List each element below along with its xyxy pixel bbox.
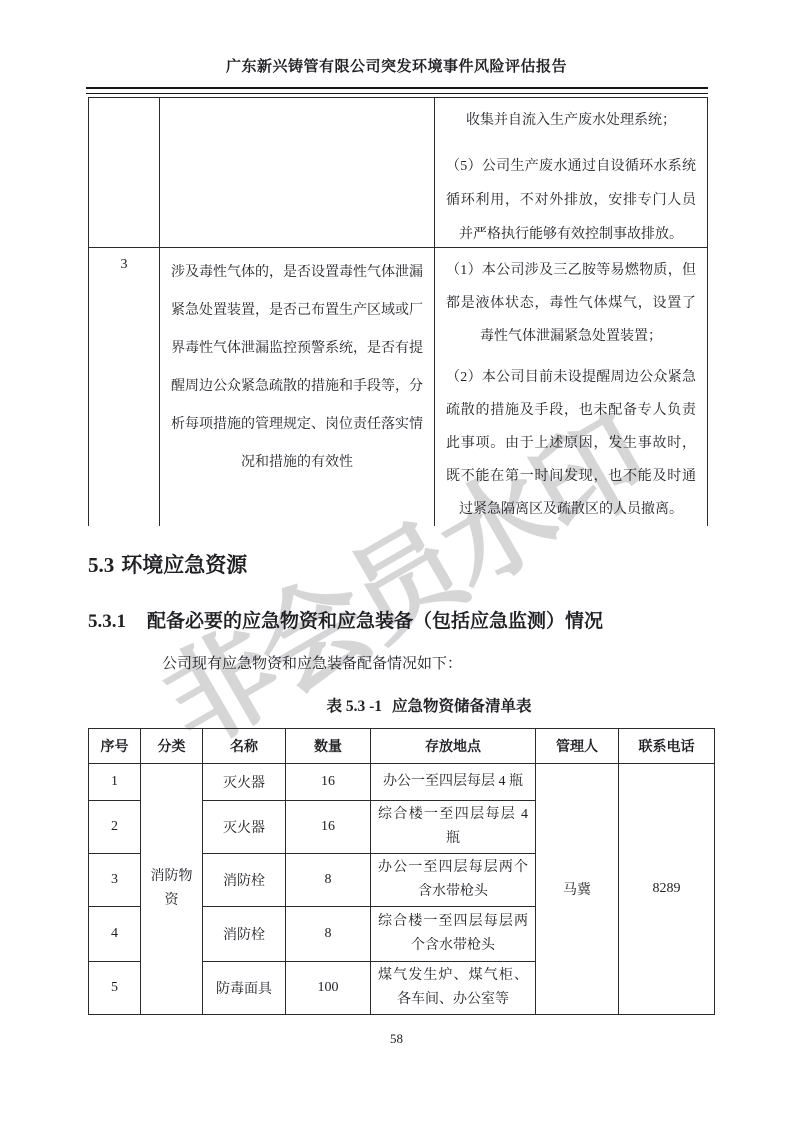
answer-paragraph: （1）本公司涉及三乙胺等易燃物质，但都是液体状态，毒性气体煤气，设置了毒性气体泄… [446,254,696,353]
question-text: 涉及毒性气体的，是否设置毒性气体泄漏紧急处置装置，是否己布置生产区域或厂界毒性气… [171,254,423,482]
risk-measures-table: 收集并自流入生产废水处理系统； （5）公司生产废水通过自设循环水系统循环利用，不… [88,97,708,526]
name-cell: 消防栓 [203,907,286,962]
location-cell: 综合楼一至四层每层两个含水带枪头 [371,907,536,962]
name-cell: 消防栓 [203,854,286,907]
section-number: 5.3 [88,553,114,577]
location-cell: 办公一至四层每层 4 瓶 [371,764,536,801]
intro-paragraph: 公司现有应急物资和应急装备配备情况如下： [162,652,462,673]
qty-cell: 8 [286,854,371,907]
col-header-name: 名称 [203,729,286,764]
page-content: 广东新兴铸管有限公司突发环境事件风险评估报告 收集并自流入生产废水处理系统； （… [0,0,793,1122]
table-caption-title: 应急物资储备清单表 [392,698,532,715]
seq-cell: 5 [89,962,141,1015]
col-header-category: 分类 [141,729,203,764]
qty-cell: 16 [286,801,371,854]
seq-cell: 2 [89,801,141,854]
col-header-location: 存放地点 [371,729,536,764]
table-header-row: 序号 分类 名称 数量 存放地点 管理人 联系电话 [89,729,715,764]
table-caption-number: 表 5.3 -1 [326,698,382,715]
header-double-rule [86,87,708,94]
col-header-phone: 联系电话 [619,729,715,764]
qty-cell: 8 [286,907,371,962]
subsection-number: 5.3.1 [88,611,126,632]
location-cell: 办公一至四层每层两个含水带枪头 [371,854,536,907]
answer-paragraph: 收集并自流入生产废水处理系统； [446,104,696,138]
subsection-title: 配备必要的应急物资和应急装备（包括应急监测）情况 [147,611,603,632]
seq-cell: 3 [89,854,141,907]
qty-cell: 16 [286,764,371,801]
answer-cell: （1）本公司涉及三乙胺等易燃物质，但都是液体状态，毒性气体煤气，设置了毒性气体泄… [435,248,708,526]
phone-cell: 8289 [619,764,715,1015]
manager-cell: 马冀 [536,764,619,1015]
seq-cell: 1 [89,764,141,801]
section-title: 环境应急资源 [121,553,247,577]
col-header-qty: 数量 [286,729,371,764]
answer-paragraph: （2）本公司目前未设提醒周边公众紧急疏散的措施及手段，也未配备专人负责此事项。由… [446,361,696,526]
col-header-seq: 序号 [89,729,141,764]
continuation-answer-cell: 收集并自流入生产废水处理系统； （5）公司生产废水通过自设循环水系统循环利用，不… [435,98,708,248]
empty-index-cell [88,98,160,248]
table-caption: 表 5.3 -1应急物资储备清单表 [88,694,714,716]
page-number: 58 [0,1031,793,1047]
name-cell: 防毒面具 [203,962,286,1015]
location-cell: 煤气发生炉、煤气柜、各车间、办公室等 [371,962,536,1015]
question-cell: 涉及毒性气体的，是否设置毒性气体泄漏紧急处置装置，是否己布置生产区域或厂界毒性气… [160,248,435,526]
document-page: 非会员水印 广东新兴铸管有限公司突发环境事件风险评估报告 收集并自流入生产废水处… [0,0,793,1122]
name-cell: 灭火器 [203,801,286,854]
section-heading-5-3: 5.3环境应急资源 [88,549,247,579]
seq-cell: 4 [89,907,141,962]
emergency-supplies-table: 序号 分类 名称 数量 存放地点 管理人 联系电话 1 消防物资 灭火器 16 … [88,728,715,1015]
report-header-title: 广东新兴铸管有限公司突发环境事件风险评估报告 [0,55,793,76]
section-heading-5-3-1: 5.3.1配备必要的应急物资和应急装备（包括应急监测）情况 [88,606,603,633]
answer-paragraph: （5）公司生产废水通过自设循环水系统循环利用，不对外排放，安排专门人员并严格执行… [446,150,696,248]
row-index-cell: 3 [88,248,160,526]
name-cell: 灭火器 [203,764,286,801]
col-header-manager: 管理人 [536,729,619,764]
category-cell: 消防物资 [141,764,203,1015]
qty-cell: 100 [286,962,371,1015]
empty-question-cell [160,98,435,248]
location-cell: 综合楼一至四层每层 4 瓶 [371,801,536,854]
table-row: 1 消防物资 灭火器 16 办公一至四层每层 4 瓶 马冀 8289 [89,764,715,801]
